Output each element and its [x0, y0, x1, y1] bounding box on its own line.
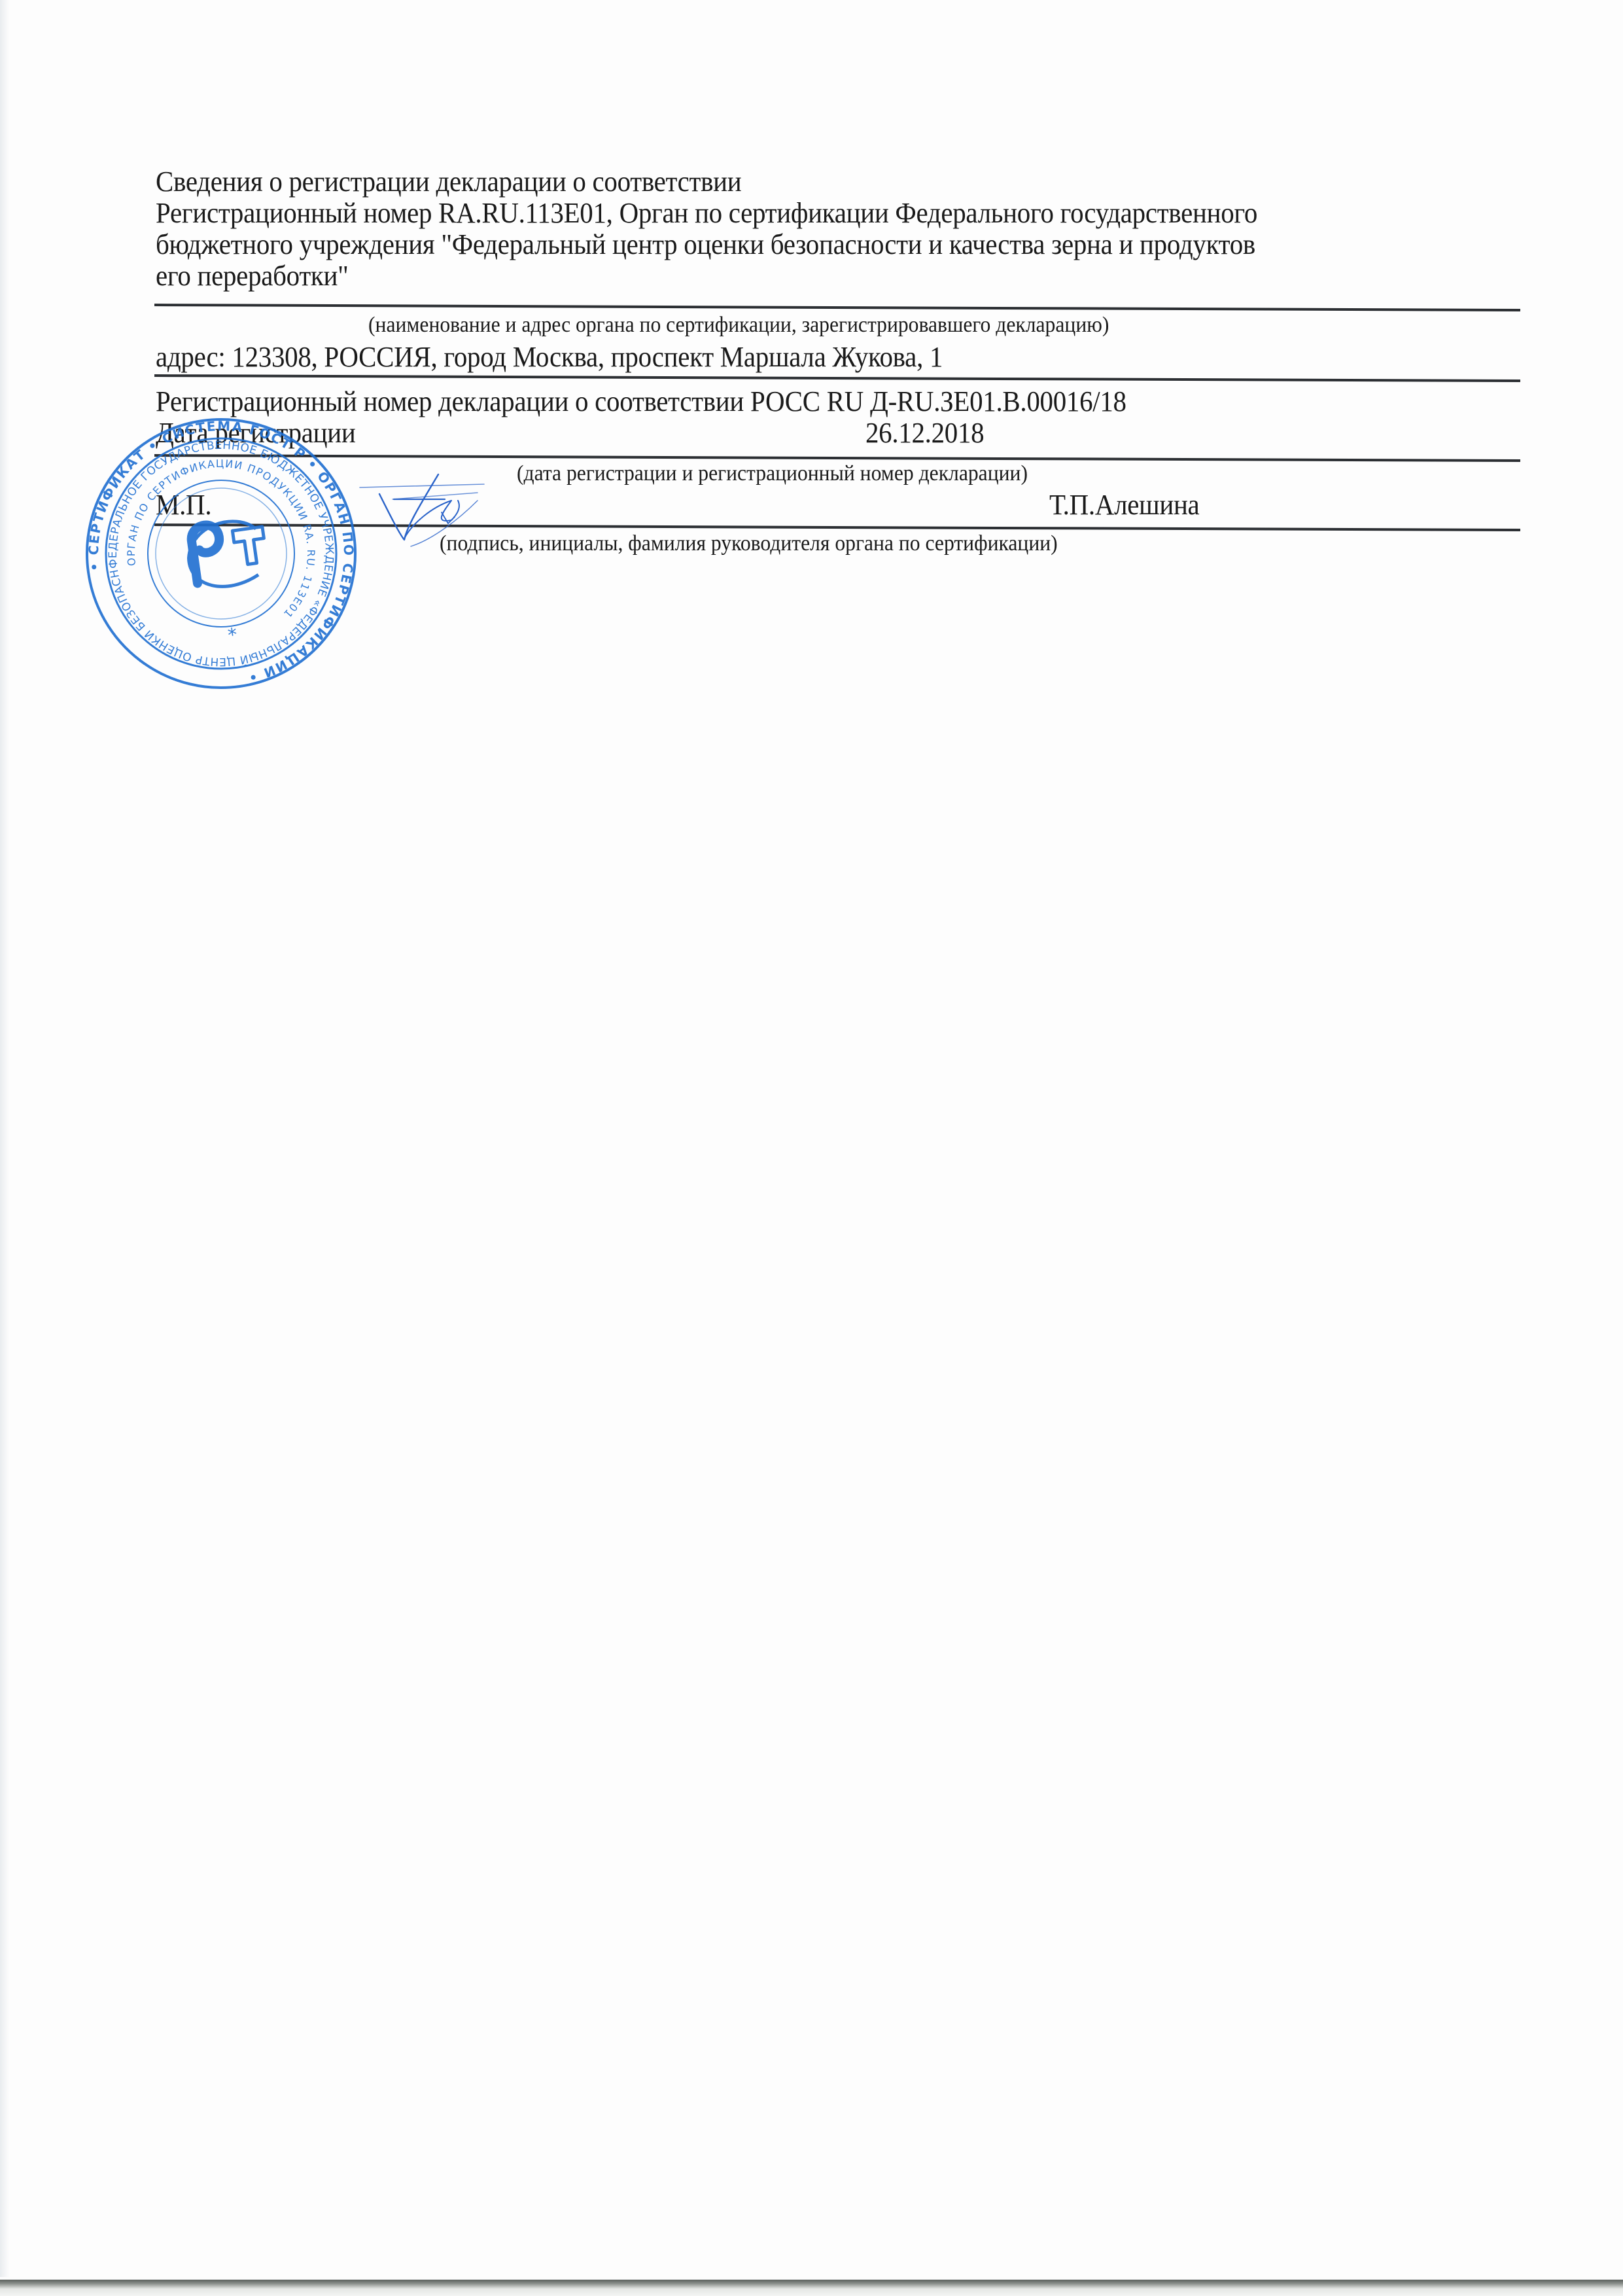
scan-edge-shadow — [0, 0, 9, 2277]
declaration-number-value: РОСС RU Д-RU.ЗЕ01.В.00016/18 — [750, 385, 1126, 417]
handwritten-signature — [353, 461, 497, 553]
official-stamp: • СЕРТИФИКАТ • СИСТЕМА ГОСТ Р • ОРГАН ПО… — [66, 398, 376, 709]
signature-caption: (подпись, инициалы, фамилия руководителя… — [440, 531, 1058, 556]
document-heading: Сведения о регистрации декларации о соот… — [156, 166, 741, 198]
org-underline — [154, 304, 1520, 311]
org-line-3: его переработки" — [156, 260, 349, 292]
stamp-star-icon: * — [226, 624, 238, 646]
org-caption: (наименование и адрес органа по сертифик… — [368, 313, 1109, 338]
registration-date-value: 26.12.2018 — [865, 417, 984, 449]
scan-bottom-edge — [0, 2280, 1623, 2296]
org-line-2: бюджетного учреждения "Федеральный центр… — [156, 229, 1255, 260]
address-line: адрес: 123308, РОССИЯ, город Москва, про… — [156, 342, 943, 373]
org-line-1: Регистрационный номер RA.RU.113E01, Орга… — [156, 198, 1257, 229]
signatory-name: Т.П.Алешина — [1049, 489, 1199, 521]
pct-logo-icon — [184, 517, 270, 591]
date-caption: (дата регистрации и регистрационный номе… — [517, 461, 1028, 486]
document-page: Сведения о регистрации декларации о соот… — [0, 0, 1623, 2296]
address-underline — [154, 374, 1520, 382]
